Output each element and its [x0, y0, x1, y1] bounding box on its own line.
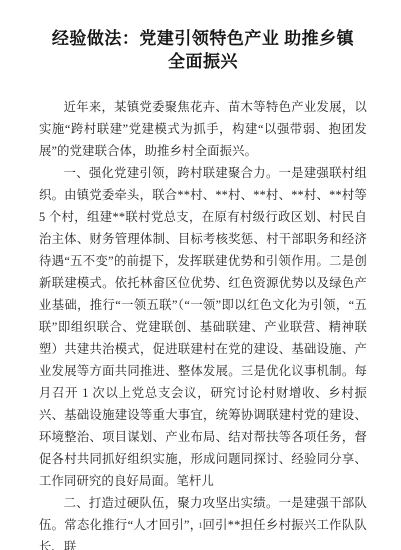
document-page: 经验做法：党建引领特色产业 助推乡镇 全面振兴 近年来，某镇党委聚焦花卉、苗木等…	[0, 0, 401, 550]
paragraph-section-one: 一、强化党建引领，跨村联建聚合力。一是建强联村组织。由镇党委牵头，联合**村、*…	[39, 162, 367, 492]
document-body: 近年来，某镇党委聚焦花卉、苗木等特色产业发展，以实施“跨村联建”党建模式为抓手，…	[39, 96, 367, 550]
document-title: 经验做法：党建引领特色产业 助推乡镇 全面振兴	[39, 27, 367, 73]
page-number: 1	[0, 521, 401, 530]
paragraph-intro: 近年来，某镇党委聚焦花卉、苗木等特色产业发展，以实施“跨村联建”党建模式为抓手，…	[39, 96, 367, 162]
title-line-2: 全面振兴	[39, 50, 367, 73]
title-line-1: 经验做法：党建引领特色产业 助推乡镇	[39, 27, 367, 50]
